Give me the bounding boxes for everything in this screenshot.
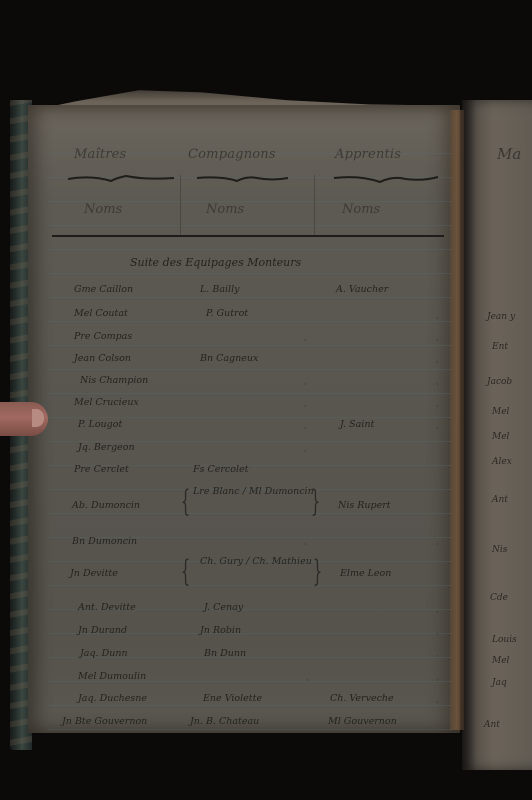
compagnon-name: Lre Blanc / Ml Dumoncin — [193, 486, 314, 497]
maitre-name: Mel Crucieux — [74, 397, 139, 408]
header-rule — [52, 235, 444, 237]
table-row: Jaq. Duchesne Ene Violette Ch. Verveche — [0, 693, 460, 713]
maitre-name: Ab. Dumoncin — [72, 500, 140, 511]
table-row: Jn Devitte Ch. Gury / Ch. Mathieu Elme L… — [0, 568, 460, 588]
maitre-name: Jn Durand — [78, 625, 127, 636]
dash-mark: · — [436, 402, 439, 411]
right-entry: Mel — [492, 407, 509, 417]
table-row: P. Lougot J. Saint — [0, 419, 460, 439]
finger — [0, 402, 48, 436]
brace-glyph: { — [181, 557, 191, 587]
table-row: Jn Durand Jn Robin — [0, 625, 460, 645]
right-page-header: Ma — [497, 145, 521, 163]
right-entry: Ant — [492, 495, 508, 505]
brace-glyph: } — [311, 487, 321, 517]
brace-glyph: } — [313, 557, 323, 587]
right-entry: Ant — [484, 720, 500, 730]
column-subheader: Noms — [342, 202, 380, 217]
maitre-name: Jn Devitte — [70, 568, 118, 579]
right-entry: Jean y — [487, 312, 515, 322]
maitre-name: Jq. Bergeon — [78, 442, 135, 453]
dash-mark: · — [436, 540, 439, 549]
compagnon-name: Jn. B. Chateau — [190, 716, 259, 727]
dash-mark: · — [436, 676, 439, 685]
maitre-name: Bn Dumoncin — [72, 536, 137, 547]
dash-mark: · — [304, 447, 307, 456]
dash-mark: · — [304, 402, 307, 411]
right-entry: Mel — [492, 432, 509, 442]
right-entry: Mel — [492, 656, 509, 666]
dash-mark: · — [436, 630, 439, 639]
table-row: Pre Compas — [0, 331, 460, 351]
column-divider — [180, 175, 181, 235]
right-entry: Ent — [492, 342, 508, 352]
flourish-ornament — [192, 172, 292, 186]
compagnon-name: Fs Cercolet — [193, 464, 248, 475]
right-entry: Nis — [492, 545, 507, 555]
table-row: Ant. Devitte J. Cenay — [0, 602, 460, 622]
table-row: Gme Caillon L. Bailly A. Vaucher — [0, 284, 460, 304]
right-entry: Jacob — [487, 377, 512, 387]
fingernail — [32, 409, 44, 427]
dash-mark: · — [436, 698, 439, 707]
dash-mark: · — [304, 424, 307, 433]
apprenti-name: Ch. Verveche — [330, 693, 394, 704]
maitre-name: Jn Bte Gouvernon — [62, 716, 147, 727]
table-row: Bn Dumoncin — [0, 536, 460, 556]
table-row: Jq. Bergeon — [0, 442, 460, 462]
table-row: Nis Champion — [0, 375, 460, 395]
apprenti-name: J. Saint — [340, 419, 374, 430]
column-header-apprentis: Apprentis — [335, 147, 401, 162]
compagnon-name: Ene Violette — [203, 693, 262, 704]
dash-mark: · — [436, 336, 439, 345]
brace-glyph: { — [181, 487, 191, 517]
flourish-ornament — [330, 172, 440, 186]
compagnon-name: P. Gutrot — [206, 308, 248, 319]
maitre-name: Pre Cerclet — [74, 464, 129, 475]
flourish-ornament — [66, 172, 176, 186]
dash-mark: · — [304, 336, 307, 345]
column-header-maitres: Maîtres — [74, 147, 126, 162]
maitre-name: Ant. Devitte — [78, 602, 136, 613]
maitre-name: Pre Compas — [74, 331, 132, 342]
column-header-compagnons: Compagnons — [188, 147, 276, 162]
column-divider — [314, 175, 315, 235]
dash-mark: · — [436, 608, 439, 617]
dash-mark: · — [436, 380, 439, 389]
table-row: Jaq. Dunn Bn Dunn — [0, 648, 460, 668]
dash-mark: · — [436, 314, 439, 323]
dash-mark: · — [436, 358, 439, 367]
dash-mark: · — [436, 652, 439, 661]
compagnon-name: Jn Robin — [200, 625, 241, 636]
apprenti-name: Nis Rupert — [338, 500, 391, 511]
right-entry: Louis — [492, 635, 517, 645]
table-row: Mel Dumoulin — [0, 671, 460, 691]
dash-mark: · — [436, 424, 439, 433]
section-title: Suite des Equipages Monteurs — [130, 256, 301, 269]
dash-mark: · — [304, 540, 307, 549]
dash-mark: · — [304, 380, 307, 389]
table-row: Jean Colson Bn Cagneux — [0, 353, 460, 373]
table-row: Pre Cerclet Fs Cercolet — [0, 464, 460, 484]
compagnon-name: Bn Cagneux — [200, 353, 258, 364]
maitre-name: Nis Champion — [80, 375, 148, 386]
dash-mark: · — [306, 676, 309, 685]
table-row: Mel Crucieux — [0, 397, 460, 417]
apprenti-name: Elme Leon — [340, 568, 391, 579]
maitre-name: Jaq. Duchesne — [78, 693, 147, 704]
compagnon-name: Ch. Gury / Ch. Mathieu — [200, 556, 312, 567]
right-entry: Jaq — [492, 678, 507, 688]
maitre-name: Jean Colson — [74, 353, 131, 364]
column-subheader: Noms — [84, 202, 122, 217]
compagnon-name: Bn Dunn — [204, 648, 246, 659]
right-entry: Cde — [490, 593, 508, 603]
maitre-name: Gme Caillon — [74, 284, 133, 295]
apprenti-name: Ml Gouvernon — [328, 716, 397, 727]
table-row: Mel Coutat P. Gutrot — [0, 308, 460, 328]
right-entry: Alex — [492, 457, 512, 467]
apprenti-name: A. Vaucher — [336, 284, 388, 295]
table-row: Ab. Dumoncin Lre Blanc / Ml Dumoncin Nis… — [0, 500, 460, 520]
maitre-name: Mel Coutat — [74, 308, 128, 319]
maitre-name: Mel Dumoulin — [78, 671, 146, 682]
maitre-name: Jaq. Dunn — [80, 648, 128, 659]
compagnon-name: J. Cenay — [204, 602, 243, 613]
table-row: Jn Bte Gouvernon Jn. B. Chateau Ml Gouve… — [0, 716, 460, 736]
column-subheader: Noms — [206, 202, 244, 217]
compagnon-name: L. Bailly — [200, 284, 239, 295]
right-page: Ma Jean y Ent Jacob Mel Mel Alex Ant Nis… — [462, 100, 532, 770]
maitre-name: P. Lougot — [78, 419, 122, 430]
